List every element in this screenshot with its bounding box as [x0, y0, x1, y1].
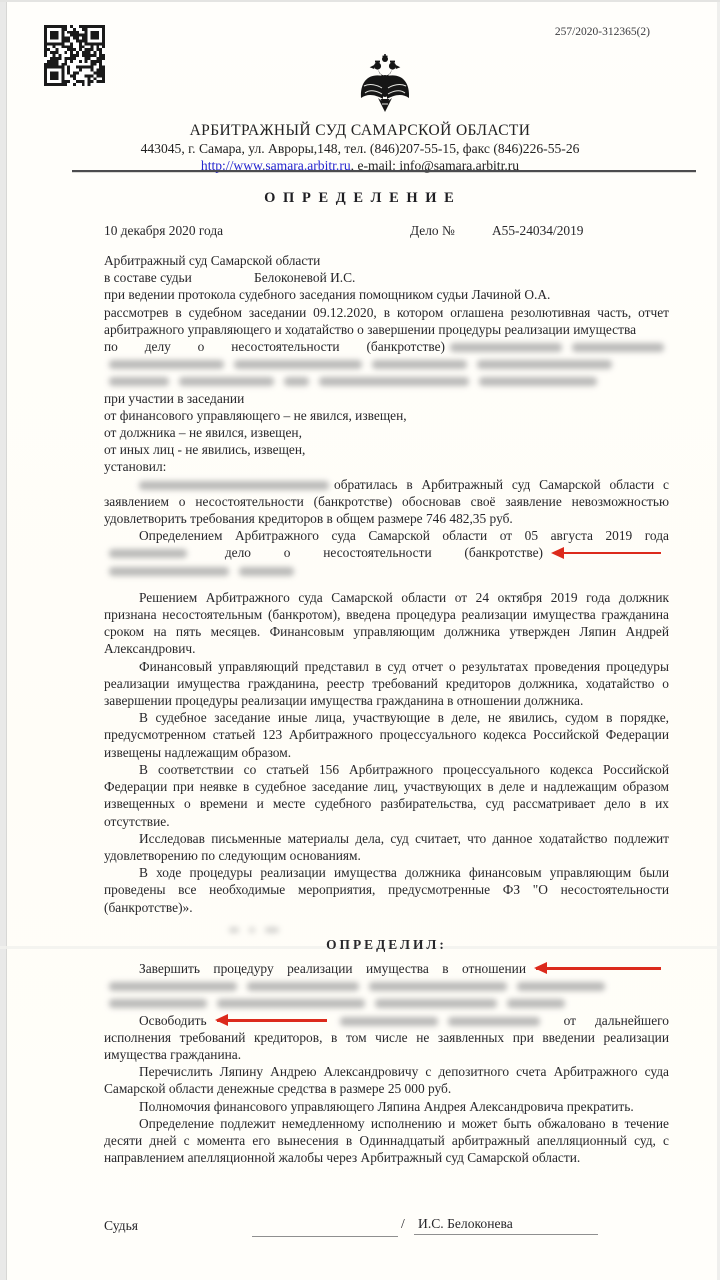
attendance-debtor: от должника – не явился, извещен,	[104, 424, 669, 441]
intro-case-line: по делу о несостоятельности (банкротстве…	[104, 338, 669, 390]
signature-block: Судья / И.С. Белоконева	[104, 1214, 669, 1254]
paragraph-commencement: Определением Арбитражного суда Самарской…	[104, 527, 669, 579]
redacted-text	[109, 360, 224, 369]
paragraph-decision: Решением Арбитражного суда Самарской обл…	[104, 589, 669, 658]
paragraph-procedure: В ходе процедуры реализации имущества до…	[104, 864, 669, 916]
redacted-text	[239, 567, 294, 576]
ruling-appeal: Определение подлежит немедленному исполн…	[104, 1115, 669, 1167]
intro-judge-line: в составе судьиБелоконевой И.С.	[104, 269, 669, 286]
case-line-text: по делу о несостоятельности (банкротстве…	[104, 339, 445, 354]
redacted-text	[572, 343, 664, 352]
redacted-text	[375, 999, 497, 1008]
paragraph-article123: В судебное заседание иные лица, участвую…	[104, 709, 669, 761]
redacted-text	[109, 549, 187, 558]
intro-court-line: Арбитражный суд Самарской области	[104, 252, 669, 269]
judge-label: в составе судьи	[104, 269, 254, 286]
redacted-text	[372, 360, 467, 369]
redacted-text	[109, 999, 207, 1008]
ruling-complete: Завершить процедуру реализации имущества…	[104, 960, 669, 1012]
redacted-text	[479, 377, 597, 386]
redacted-text	[369, 982, 507, 991]
ruling-release: Освободить от дальнейшего исполнения тре…	[104, 1012, 669, 1064]
redacted-text	[284, 377, 309, 386]
red-arrow-annotation	[536, 967, 661, 970]
redacted-text	[109, 982, 237, 991]
intro-clerk-line: при ведении протокола судебного заседани…	[104, 286, 669, 303]
case-meta-row: 10 декабря 2020 года Дело № А55-24034/20…	[104, 222, 669, 239]
attendance-heading: при участии в заседании	[104, 390, 669, 407]
redacted-text	[517, 982, 605, 991]
redacted-text	[234, 360, 362, 369]
redacted-text	[450, 343, 562, 352]
document-page: 257/2020-312365(2) АРБИТРАЖНЫЙ	[0, 0, 720, 1280]
qr-code	[44, 25, 105, 86]
redacted-text	[477, 360, 612, 369]
redacted-text	[109, 567, 229, 576]
redacted-text	[448, 1017, 540, 1026]
signature-separator: /	[401, 1216, 405, 1232]
intro-hearing-line: рассмотрев в судебном заседании 09.12.20…	[104, 304, 669, 338]
red-arrow-annotation	[553, 552, 661, 555]
judge-signature-name: И.С. Белоконева	[414, 1216, 598, 1235]
header-divider	[72, 170, 696, 172]
ruling-transfer: Перечислить Ляпину Андрею Александровичу…	[104, 1063, 669, 1097]
document-body: 10 декабря 2020 года Дело № А55-24034/20…	[104, 222, 669, 1166]
redacted-marks	[224, 919, 669, 929]
case-number-label: Дело №	[410, 222, 455, 239]
document-title: О П Р Е Д Е Л Е Н И Е	[0, 190, 720, 207]
coat-of-arms-icon	[357, 53, 413, 113]
case-number: А55-24034/2019	[492, 222, 584, 239]
paragraph-report: Финансовый управляющий представил в суд …	[104, 658, 669, 710]
ruling-terminate: Полномочия финансового управляющего Ляпи…	[104, 1098, 669, 1115]
redacted-text	[507, 999, 565, 1008]
attendance-others: от иных лиц - не явились, извещен,	[104, 441, 669, 458]
court-name: АРБИТРАЖНЫЙ СУД САМАРСКОЙ ОБЛАСТИ	[0, 122, 720, 140]
redacted-text	[247, 982, 359, 991]
decision-date: 10 декабря 2020 года	[104, 222, 223, 239]
signature-line	[252, 1236, 398, 1237]
red-arrow-annotation	[217, 1019, 327, 1022]
redacted-text	[217, 999, 365, 1008]
paragraph-materials: Исследовав письменные материалы дела, су…	[104, 830, 669, 864]
paragraph-article156: В соответствии со статьей 156 Арбитражно…	[104, 761, 669, 830]
redacted-text	[109, 377, 169, 386]
attendance-manager: от финансового управляющего – не явился,…	[104, 407, 669, 424]
redacted-text	[179, 377, 274, 386]
judge-role-label: Судья	[104, 1218, 138, 1234]
court-address: 443045, г. Самара, ул. Авроры,148, тел. …	[0, 141, 720, 157]
redacted-text	[319, 377, 469, 386]
photo-edge-top	[0, 0, 720, 2]
ruling-title: ОПРЕДЕЛИЛ:	[104, 936, 669, 953]
redacted-text	[139, 481, 329, 490]
judge-name: Белоконевой И.С.	[254, 270, 355, 285]
redacted-text	[340, 1017, 438, 1026]
document-number: 257/2020-312365(2)	[555, 26, 650, 38]
resolved-label: установил:	[104, 458, 669, 475]
paragraph-application: обратилась в Арбитражный суд Самарской о…	[104, 476, 669, 528]
